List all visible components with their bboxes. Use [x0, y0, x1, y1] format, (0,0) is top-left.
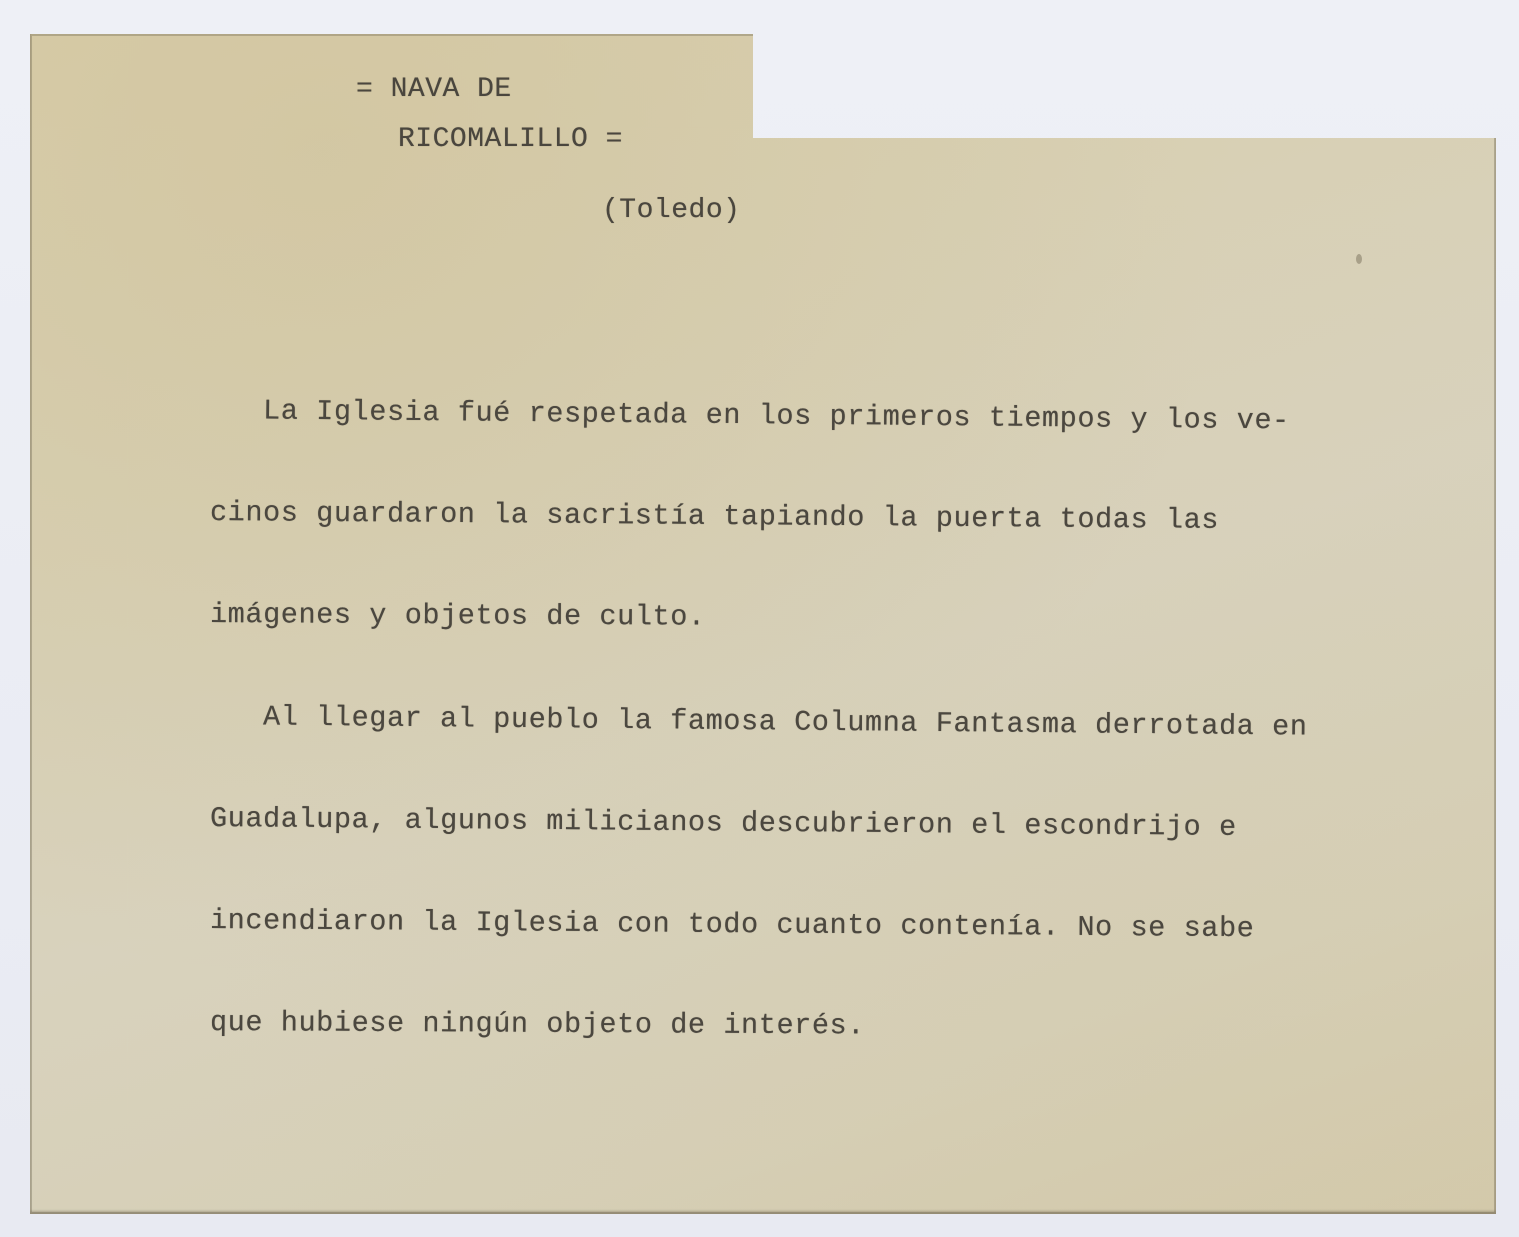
body-line: Guadalupa, algunos milicianos descubrier… [210, 802, 1308, 846]
page-background: = NAVA DE RICOMALILLO = (Toledo) La Igle… [0, 0, 1519, 1237]
card-body-text: La Iglesia fué respetada en los primeros… [210, 326, 1308, 1108]
body-line: cinos guardaron la sacristía tapiando la… [210, 496, 1308, 539]
body-line: que hubiese ningún objeto de interés. [210, 1006, 1308, 1046]
body-line: imágenes y objetos de culto. [210, 598, 1308, 638]
heading-line-2: RICOMALILLO = [398, 124, 623, 155]
heading-line-1: = NAVA DE [356, 74, 512, 105]
province-label: (Toledo) [602, 195, 740, 226]
paper-speck [1356, 254, 1362, 264]
body-line: Al llegar al pueblo la famosa Columna Fa… [210, 700, 1308, 745]
body-line: incendiaron la Iglesia con todo cuanto c… [210, 904, 1308, 947]
body-line: La Iglesia fué respetada en los primeros… [210, 394, 1308, 439]
